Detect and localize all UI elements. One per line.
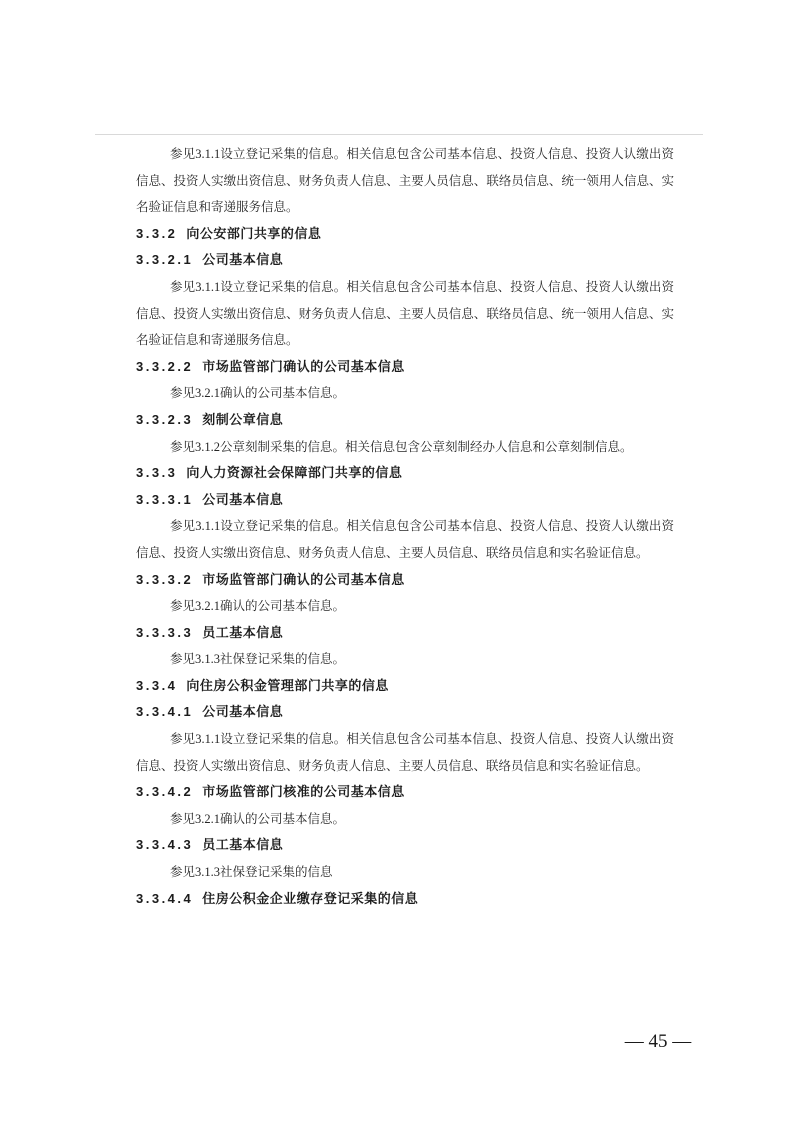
body-paragraph: 参见3.1.1设立登记采集的信息。相关信息包含公司基本信息、投资人信息、投资人认… [136,726,674,779]
body-paragraph: 参见3.1.1设立登记采集的信息。相关信息包含公司基本信息、投资人信息、投资人认… [136,274,674,354]
section-heading-3.3.2.2: 3.3.2.2市场监管部门确认的公司基本信息 [136,354,674,381]
section-number: 3.3.2.3 [136,412,193,427]
section-title: 公司基本信息 [202,252,283,267]
section-title: 向住房公积金管理部门共享的信息 [186,678,389,693]
section-heading-3.3.3.2: 3.3.3.2市场监管部门确认的公司基本信息 [136,567,674,594]
section-title: 员工基本信息 [202,837,283,852]
body-paragraph: 参见3.1.1设立登记采集的信息。相关信息包含公司基本信息、投资人信息、投资人认… [136,513,674,566]
section-number: 3.3.4.3 [136,837,193,852]
section-number: 3.3.2 [136,226,177,241]
section-number: 3.3.3 [136,465,177,480]
content-area: 参见3.1.1设立登记采集的信息。相关信息包含公司基本信息、投资人信息、投资人认… [136,141,674,912]
section-title: 公司基本信息 [202,492,283,507]
section-title: 市场监管部门核准的公司基本信息 [202,784,405,799]
section-heading-3.3.4.4: 3.3.4.4住房公积金企业缴存登记采集的信息 [136,886,674,913]
section-number: 3.3.3.3 [136,625,193,640]
section-title: 刻制公章信息 [202,412,283,427]
section-title: 住房公积金企业缴存登记采集的信息 [202,891,418,906]
body-paragraph: 参见3.1.2公章刻制采集的信息。相关信息包含公章刻制经办人信息和公章刻制信息。 [136,434,674,461]
section-number: 3.3.3.1 [136,492,193,507]
section-number: 3.3.4.4 [136,891,193,906]
body-paragraph: 参见3.1.1设立登记采集的信息。相关信息包含公司基本信息、投资人信息、投资人认… [136,141,674,221]
section-number: 3.3.2.1 [136,252,193,267]
section-title: 向人力资源社会保障部门共享的信息 [186,465,402,480]
body-paragraph: 参见3.1.3社保登记采集的信息 [136,859,674,886]
page-number: — 45 — [597,1031,719,1053]
section-number: 3.3.2.2 [136,359,193,374]
section-heading-3.3.4.1: 3.3.4.1公司基本信息 [136,699,674,726]
body-paragraph: 参见3.2.1确认的公司基本信息。 [136,593,674,620]
section-title: 向公安部门共享的信息 [186,226,321,241]
section-heading-3.3.2: 3.3.2向公安部门共享的信息 [136,221,674,248]
document-page: 参见3.1.1设立登记采集的信息。相关信息包含公司基本信息、投资人信息、投资人认… [0,0,793,1122]
section-heading-3.3.3: 3.3.3向人力资源社会保障部门共享的信息 [136,460,674,487]
body-paragraph: 参见3.2.1确认的公司基本信息。 [136,806,674,833]
section-number: 3.3.4 [136,678,177,693]
section-title: 市场监管部门确认的公司基本信息 [202,359,405,374]
scan-edge-divider [95,134,703,135]
section-number: 3.3.3.2 [136,572,193,587]
section-heading-3.3.2.3: 3.3.2.3刻制公章信息 [136,407,674,434]
section-heading-3.3.3.1: 3.3.3.1公司基本信息 [136,487,674,514]
section-heading-3.3.4.2: 3.3.4.2市场监管部门核准的公司基本信息 [136,779,674,806]
section-title: 公司基本信息 [202,704,283,719]
section-heading-3.3.4.3: 3.3.4.3员工基本信息 [136,832,674,859]
section-heading-3.3.3.3: 3.3.3.3员工基本信息 [136,620,674,647]
body-paragraph: 参见3.1.3社保登记采集的信息。 [136,646,674,673]
section-number: 3.3.4.1 [136,704,193,719]
body-paragraph: 参见3.2.1确认的公司基本信息。 [136,380,674,407]
section-title: 市场监管部门确认的公司基本信息 [202,572,405,587]
section-heading-3.3.4: 3.3.4向住房公积金管理部门共享的信息 [136,673,674,700]
section-number: 3.3.4.2 [136,784,193,799]
section-heading-3.3.2.1: 3.3.2.1公司基本信息 [136,247,674,274]
section-title: 员工基本信息 [202,625,283,640]
